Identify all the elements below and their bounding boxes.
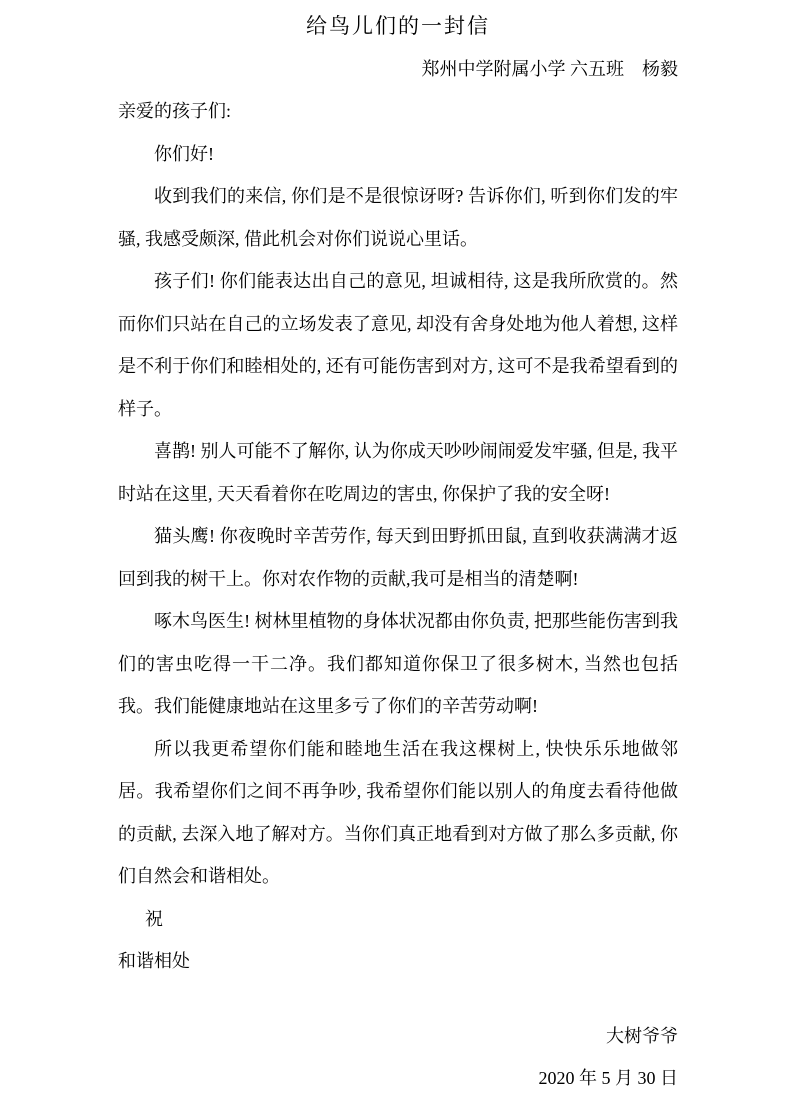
paragraph-woodpecker: 啄木鸟医生! 树林里植物的身体状况都由你负责, 把那些能伤害到我们的害虫吃得一干… bbox=[118, 600, 678, 728]
paragraph-owl: 猫头鹰! 你夜晚时辛苦劳作, 每天到田野抓田鼠, 直到收获满满才返回到我的树干上… bbox=[118, 515, 678, 600]
author-byline: 郑州中学附属小学 六五班 杨毅 bbox=[118, 48, 678, 91]
paragraph-magpie: 喜鹊! 别人可能不了解你, 认为你成天吵吵闹闹爱发牢骚, 但是, 我平时站在这里… bbox=[118, 430, 678, 515]
letter-title: 给鸟儿们的一封信 bbox=[118, 5, 678, 48]
letter-page: 给鸟儿们的一封信 郑州中学附属小学 六五班 杨毅 亲爱的孩子们: 你们好! 收到… bbox=[0, 0, 793, 1097]
paragraph-children: 孩子们! 你们能表达出自己的意见, 坦诚相待, 这是我所欣赏的。然而你们只站在自… bbox=[118, 260, 678, 430]
salutation: 亲爱的孩子们: bbox=[118, 90, 678, 133]
signature-name: 大树爷爷 bbox=[118, 1015, 678, 1058]
letter-date: 2020 年 5 月 30 日 bbox=[118, 1057, 678, 1097]
closing-word: 祝 bbox=[118, 898, 678, 941]
letter-content: 给鸟儿们的一封信 郑州中学附属小学 六五班 杨毅 亲爱的孩子们: 你们好! 收到… bbox=[118, 5, 678, 1097]
paragraph-greeting: 你们好! bbox=[118, 133, 678, 176]
signature-block: 大树爷爷 2020 年 5 月 30 日 bbox=[118, 1015, 678, 1097]
paragraph-intro: 收到我们的来信, 你们是不是很惊讶呀? 告诉你们, 听到你们发的牢骚, 我感受颇… bbox=[118, 175, 678, 260]
paragraph-wish: 所以我更希望你们能和睦地生活在我这棵树上, 快快乐乐地做邻居。我希望你们之间不再… bbox=[118, 728, 678, 898]
closing-wish: 和谐相处 bbox=[118, 940, 678, 983]
